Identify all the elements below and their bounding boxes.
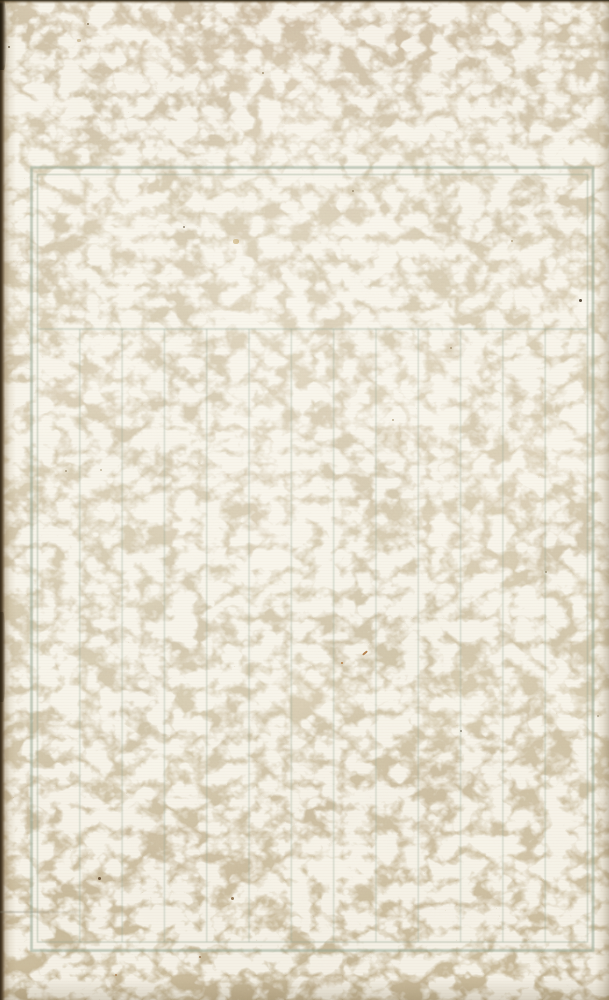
binding-edge-dark-spot [0,0,7,70]
foxing-speck [352,190,354,192]
foxing-speck [115,974,117,976]
frame-inner-border [38,175,588,943]
ruled-frame [0,0,609,1000]
foxing-speck [392,419,394,421]
foxing-speck [233,239,239,244]
header-band-empty [38,176,587,328]
foxing-speck [341,662,343,664]
foxing-speck [8,46,10,48]
foxing-speck [77,39,81,42]
foxing-speck [262,72,264,74]
foxing-speck [100,469,102,471]
foxing-speck [231,897,234,900]
foxing-speck [98,877,101,880]
foxing-speck [199,956,201,958]
foxing-speck [460,730,462,732]
foxing-speck [183,226,185,228]
foxing-speck [87,23,89,25]
frame-outer-border [32,168,594,951]
foxing-speck [579,299,582,302]
scanned-page [0,0,609,1000]
foxing-speck [65,470,67,472]
page-edge-right-shadow [595,0,609,1000]
foxing-speck [450,347,452,349]
page-edge-bottom-shadow [0,978,609,1000]
binding-edge-left [0,0,16,1000]
binding-edge-dark-spot [0,612,6,702]
foxing-speck [597,715,599,717]
column-lines [80,329,545,942]
paper-crease [0,911,80,913]
foxing-speck [511,240,513,242]
foxing-speck [545,571,547,573]
page-edge-top [0,0,609,4]
